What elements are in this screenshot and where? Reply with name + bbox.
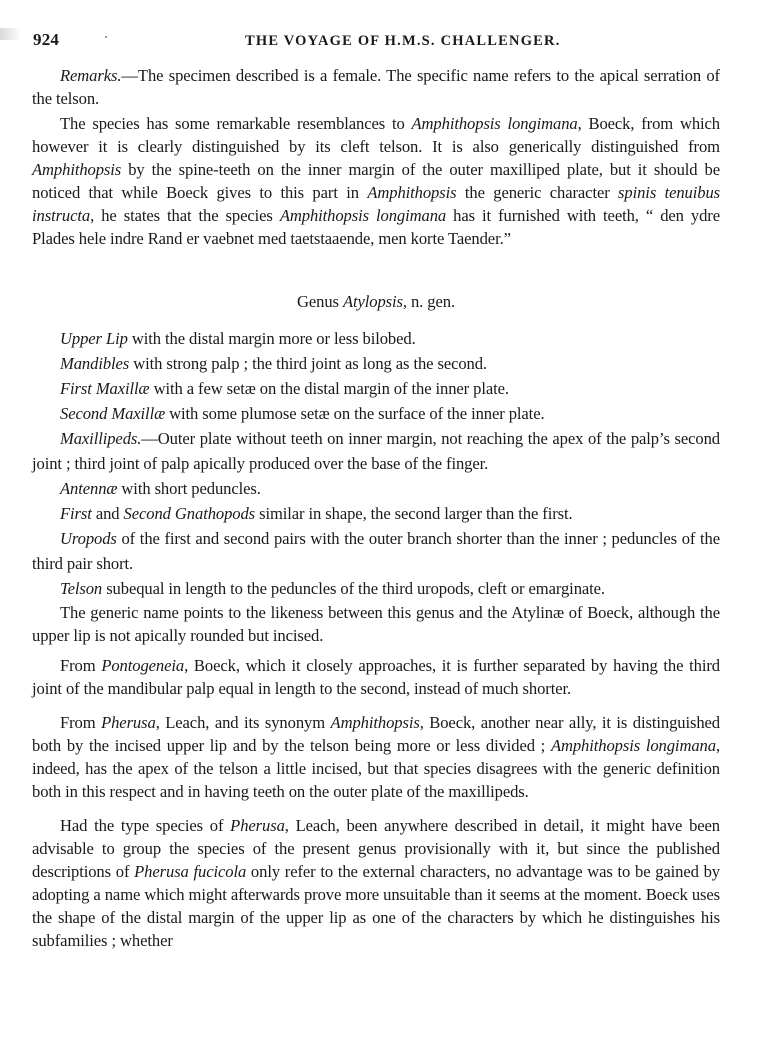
italic-run: Maxillipeds. <box>60 429 141 448</box>
italic-run: Amphithopsis <box>367 183 456 202</box>
definition-item: Telson subequal in length to the peduncl… <box>32 576 720 601</box>
italic-run: Pherusa fucicola <box>134 862 246 881</box>
definition-item: Mandibles with strong palp ; the third j… <box>32 351 720 376</box>
definition-item: Second Maxillæ with some plumose setæ on… <box>32 401 720 426</box>
definition-item: First Maxillæ with a few setæ on the dis… <box>32 376 720 401</box>
italic-run: Amphithopsis longimana <box>412 114 578 133</box>
text-run: , he states that the species <box>90 206 280 225</box>
italic-run: Amphithopsis longimana <box>551 736 716 755</box>
definition-item: Antennæ with short peduncles. <box>32 476 720 501</box>
definition-item: Uropods of the first and second pairs wi… <box>32 526 720 576</box>
text-run: The species has some remarkable resembla… <box>60 114 412 133</box>
italic-run: Amphithopsis <box>32 160 121 179</box>
text-run: with short peduncles. <box>117 479 260 498</box>
genus-name: Atylopsis <box>343 292 403 311</box>
text-run: , Leach, and its synonym <box>156 713 331 732</box>
italic-run: Upper Lip <box>60 329 128 348</box>
italic-run: Second Gnathopods <box>124 504 256 523</box>
italic-run: Mandibles <box>60 354 129 373</box>
paragraph: The generic name points to the likeness … <box>32 601 720 647</box>
generic-definition: Upper Lip with the distal margin more or… <box>32 326 720 601</box>
running-title: THE VOYAGE OF H.M.S. CHALLENGER. <box>245 32 561 45</box>
italic-run: Pherusa <box>101 713 156 732</box>
scan-smudge <box>0 28 22 40</box>
paragraph: From Pontogeneia, Boeck, which it closel… <box>32 654 720 700</box>
italic-run: Second Maxillæ <box>60 404 165 423</box>
italic-run: Pontogeneia <box>101 656 184 675</box>
italic-run: Remarks. <box>60 66 121 85</box>
genus-heading: Genus Atylopsis, n. gen. <box>32 290 720 313</box>
genus-prefix: Genus <box>297 292 343 311</box>
paragraph: Had the type species of Pherusa, Leach, … <box>32 814 720 952</box>
scan-speck <box>105 36 107 38</box>
discussion-section: The generic name points to the likeness … <box>32 601 720 952</box>
text-run: The generic name points to the likeness … <box>32 603 720 645</box>
italic-run: Amphithopsis longimana <box>280 206 446 225</box>
italic-run: First <box>60 504 92 523</box>
text-run: From <box>60 713 101 732</box>
text-run: of the first and second pairs with the o… <box>32 529 720 573</box>
definition-item: First and Second Gnathopods similar in s… <box>32 501 720 526</box>
paragraph: Remarks.—The specimen described is a fem… <box>32 64 720 110</box>
text-run: with a few setæ on the distal margin of … <box>150 379 509 398</box>
text-run: similar in shape, the second larger than… <box>255 504 573 523</box>
text-run: the generic character <box>456 183 618 202</box>
running-head: 924 THE VOYAGE OF H.M.S. CHALLENGER. <box>33 30 736 52</box>
genus-suffix: , n. gen. <box>403 292 455 311</box>
remarks-section: Remarks.—The specimen described is a fem… <box>32 64 720 250</box>
text-run: and <box>92 504 124 523</box>
definition-item: Upper Lip with the distal margin more or… <box>32 326 720 351</box>
text-run: —The specimen described is a female. The… <box>32 66 720 108</box>
italic-run: Pherusa <box>230 816 285 835</box>
italic-run: Amphithopsis <box>331 713 420 732</box>
italic-run: First Maxillæ <box>60 379 150 398</box>
page-number: 924 <box>33 30 59 50</box>
text-run: with the distal margin more or less bilo… <box>128 329 416 348</box>
text-run: Had the type species of <box>60 816 230 835</box>
paragraph: The species has some remarkable resembla… <box>32 112 720 250</box>
definition-item: Maxillipeds.—Outer plate without teeth o… <box>32 426 720 476</box>
italic-run: Antennæ <box>60 479 117 498</box>
italic-run: Telson <box>60 579 102 598</box>
italic-run: Uropods <box>60 529 117 548</box>
page-body: Remarks.—The specimen described is a fem… <box>32 64 720 952</box>
text-run: subequal in length to the peduncles of t… <box>102 579 605 598</box>
text-run: From <box>60 656 101 675</box>
text-run: with strong palp ; the third joint as lo… <box>129 354 487 373</box>
paragraph: From Pherusa, Leach, and its synonym Amp… <box>32 711 720 803</box>
text-run: with some plumose setæ on the surface of… <box>165 404 544 423</box>
